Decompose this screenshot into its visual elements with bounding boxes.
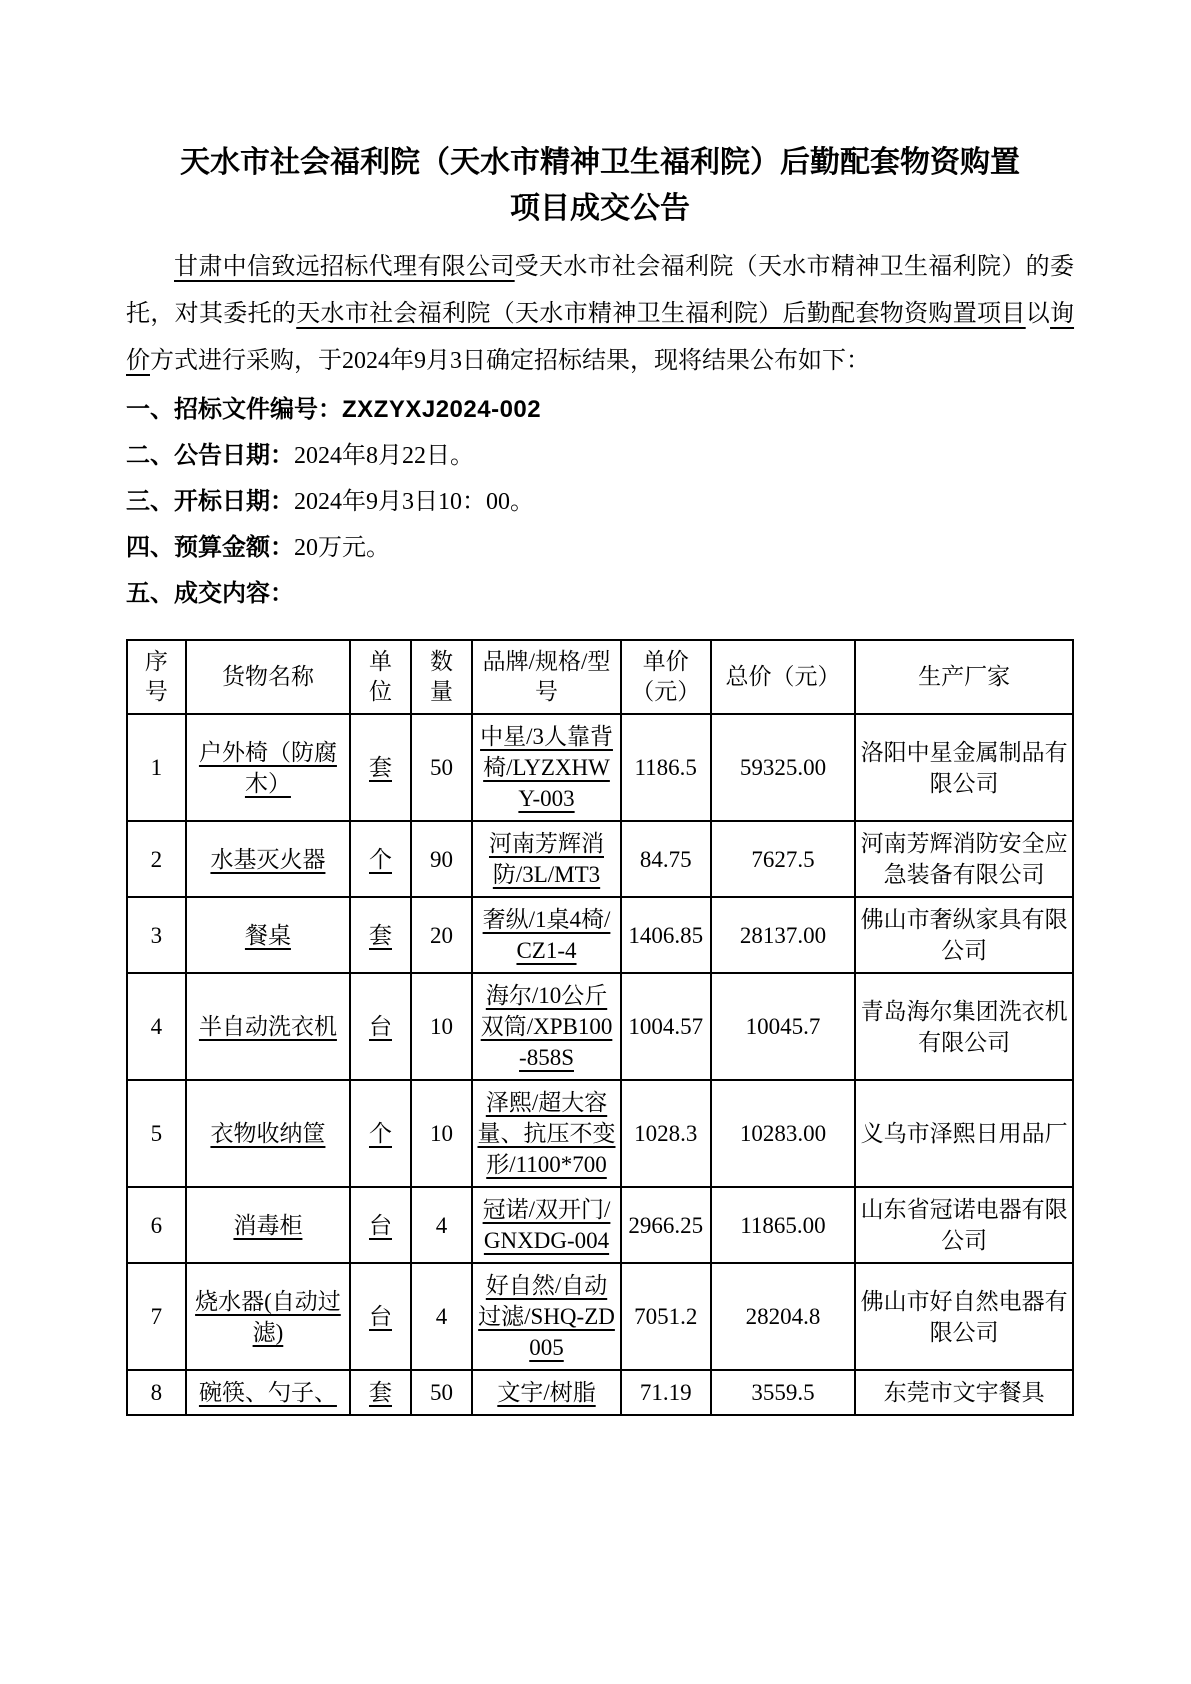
cell-manufacturer: 义乌市泽熙日用品厂 <box>855 1080 1073 1187</box>
section-value: ZXZYXJ2024-002 <box>342 396 541 423</box>
cell-unit-price: 7051.2 <box>621 1263 711 1370</box>
cell-total: 7627.5 <box>711 821 856 897</box>
section-budget: 四、预算金额：20万元。 <box>126 525 1074 571</box>
cell-unit-price: 84.75 <box>621 821 711 897</box>
cell-name: 衣物收纳筐 <box>186 1080 351 1187</box>
cell-qty: 4 <box>411 1263 472 1370</box>
cell-brand: 泽熙/超大容量、抗压不变形/1100*700 <box>472 1080 621 1187</box>
section-list: 一、招标文件编号：ZXZYXJ2024-002 二、公告日期：2024年8月22… <box>126 387 1074 617</box>
intro-segment-project: 天水市社会福利院（天水市精神卫生福利院）后勤配套物资购置项目 <box>296 301 1025 327</box>
table-row: 3餐桌套20奢纵/1桌4椅/CZ1-41406.8528137.00佛山市奢纵家… <box>127 897 1073 973</box>
cell-unit: 台 <box>350 973 411 1080</box>
intro-segment: 以 <box>1026 301 1050 327</box>
cell-total: 3559.5 <box>711 1370 856 1415</box>
table-row: 7烧水器(自动过滤)台4好自然/自动过滤/SHQ-ZD0057051.22820… <box>127 1263 1073 1370</box>
cell-unit-price: 71.19 <box>621 1370 711 1415</box>
cell-brand: 冠诺/双开门/GNXDG-004 <box>472 1187 621 1263</box>
cell-qty: 10 <box>411 1080 472 1187</box>
cell-no: 2 <box>127 821 186 897</box>
header-no: 序号 <box>127 640 186 714</box>
cell-brand: 好自然/自动过滤/SHQ-ZD005 <box>472 1263 621 1370</box>
cell-no: 4 <box>127 973 186 1080</box>
section-label: 三、开标日期： <box>126 488 294 515</box>
section-label: 五、成交内容： <box>126 580 294 607</box>
header-quantity: 数量 <box>411 640 472 714</box>
cell-name: 消毒柜 <box>186 1187 351 1263</box>
cell-unit: 个 <box>350 1080 411 1187</box>
cell-unit: 台 <box>350 1187 411 1263</box>
cell-no: 5 <box>127 1080 186 1187</box>
cell-no: 1 <box>127 714 186 821</box>
section-tender-doc-number: 一、招标文件编号：ZXZYXJ2024-002 <box>126 387 1074 433</box>
cell-brand: 河南芳辉消防/3L/MT3 <box>472 821 621 897</box>
table-row: 2水基灭火器个90河南芳辉消防/3L/MT384.757627.5河南芳辉消防安… <box>127 821 1073 897</box>
cell-no: 7 <box>127 1263 186 1370</box>
header-goods-name: 货物名称 <box>186 640 351 714</box>
cell-total: 10045.7 <box>711 973 856 1080</box>
table-row: 4半自动洗衣机台10海尔/10公斤双筒/XPB100-858S1004.5710… <box>127 973 1073 1080</box>
section-label: 二、公告日期： <box>126 442 294 469</box>
header-brand-spec-model: 品牌/规格/型号 <box>472 640 621 714</box>
document-page: 天水市社会福利院（天水市精神卫生福利院）后勤配套物资购置 项目成交公告 甘肃中信… <box>0 0 1191 1684</box>
cell-qty: 4 <box>411 1187 472 1263</box>
cell-name: 水基灭火器 <box>186 821 351 897</box>
cell-unit: 套 <box>350 1370 411 1415</box>
intro-segment: 方式进行采购，于2024年9月3日确定招标结果，现将结果公布如下： <box>150 348 870 374</box>
header-unit-price: 单价（元） <box>621 640 711 714</box>
document-title: 天水市社会福利院（天水市精神卫生福利院）后勤配套物资购置 项目成交公告 <box>126 140 1074 232</box>
award-table-header: 序号 货物名称 单位 数量 品牌/规格/型号 单价（元） 总价（元） 生产厂家 <box>127 640 1073 714</box>
cell-qty: 50 <box>411 714 472 821</box>
table-row: 6消毒柜台4冠诺/双开门/GNXDG-0042966.2511865.00山东省… <box>127 1187 1073 1263</box>
section-label: 一、招标文件编号： <box>126 396 342 423</box>
cell-name: 碗筷、勺子、 <box>186 1370 351 1415</box>
table-row: 1户外椅（防腐木）套50中星/3人靠背椅/LYZXHWY-0031186.559… <box>127 714 1073 821</box>
section-label: 四、预算金额： <box>126 534 294 561</box>
cell-qty: 50 <box>411 1370 472 1415</box>
intro-paragraph: 甘肃中信致远招标代理有限公司受天水市社会福利院（天水市精神卫生福利院）的委托，对… <box>126 244 1074 385</box>
cell-unit-price: 1186.5 <box>621 714 711 821</box>
cell-name: 户外椅（防腐木） <box>186 714 351 821</box>
cell-manufacturer: 洛阳中星金属制品有限公司 <box>855 714 1073 821</box>
section-value: 20万元。 <box>294 535 390 561</box>
cell-brand: 海尔/10公斤双筒/XPB100-858S <box>472 973 621 1080</box>
cell-unit-price: 2966.25 <box>621 1187 711 1263</box>
header-row: 序号 货物名称 单位 数量 品牌/规格/型号 单价（元） 总价（元） 生产厂家 <box>127 640 1073 714</box>
cell-name: 餐桌 <box>186 897 351 973</box>
cell-unit-price: 1406.85 <box>621 897 711 973</box>
table-row: 5衣物收纳筐个10泽熙/超大容量、抗压不变形/1100*7001028.3102… <box>127 1080 1073 1187</box>
header-total-price: 总价（元） <box>711 640 856 714</box>
header-unit: 单位 <box>350 640 411 714</box>
section-value: 2024年8月22日。 <box>294 443 474 469</box>
intro-segment-agency: 甘肃中信致远招标代理有限公司 <box>174 254 515 280</box>
cell-total: 28204.8 <box>711 1263 856 1370</box>
cell-no: 8 <box>127 1370 186 1415</box>
cell-brand: 中星/3人靠背椅/LYZXHWY-003 <box>472 714 621 821</box>
header-manufacturer: 生产厂家 <box>855 640 1073 714</box>
cell-name: 烧水器(自动过滤) <box>186 1263 351 1370</box>
cell-name: 半自动洗衣机 <box>186 973 351 1080</box>
cell-no: 3 <box>127 897 186 973</box>
award-table-body: 1户外椅（防腐木）套50中星/3人靠背椅/LYZXHWY-0031186.559… <box>127 714 1073 1415</box>
cell-brand: 奢纵/1桌4椅/CZ1-4 <box>472 897 621 973</box>
cell-manufacturer: 佛山市奢纵家具有限公司 <box>855 897 1073 973</box>
cell-unit: 台 <box>350 1263 411 1370</box>
cell-total: 10283.00 <box>711 1080 856 1187</box>
cell-manufacturer: 河南芳辉消防安全应急装备有限公司 <box>855 821 1073 897</box>
cell-manufacturer: 青岛海尔集团洗衣机有限公司 <box>855 973 1073 1080</box>
cell-brand: 文宇/树脂 <box>472 1370 621 1415</box>
award-table: 序号 货物名称 单位 数量 品牌/规格/型号 单价（元） 总价（元） 生产厂家 … <box>126 639 1074 1416</box>
cell-unit-price: 1004.57 <box>621 973 711 1080</box>
section-announce-date: 二、公告日期：2024年8月22日。 <box>126 433 1074 479</box>
cell-no: 6 <box>127 1187 186 1263</box>
cell-total: 59325.00 <box>711 714 856 821</box>
section-award-content: 五、成交内容： <box>126 571 1074 617</box>
cell-manufacturer: 佛山市好自然电器有限公司 <box>855 1263 1073 1370</box>
section-bid-opening-date: 三、开标日期：2024年9月3日10：00。 <box>126 479 1074 525</box>
section-value: 2024年9月3日10：00。 <box>294 489 534 515</box>
cell-total: 11865.00 <box>711 1187 856 1263</box>
cell-qty: 90 <box>411 821 472 897</box>
cell-qty: 20 <box>411 897 472 973</box>
cell-unit: 套 <box>350 897 411 973</box>
cell-qty: 10 <box>411 973 472 1080</box>
cell-unit-price: 1028.3 <box>621 1080 711 1187</box>
cell-total: 28137.00 <box>711 897 856 973</box>
cell-manufacturer: 东莞市文宇餐具 <box>855 1370 1073 1415</box>
cell-unit: 套 <box>350 714 411 821</box>
table-row: 8碗筷、勺子、套50文宇/树脂71.193559.5东莞市文宇餐具 <box>127 1370 1073 1415</box>
cell-manufacturer: 山东省冠诺电器有限公司 <box>855 1187 1073 1263</box>
cell-unit: 个 <box>350 821 411 897</box>
